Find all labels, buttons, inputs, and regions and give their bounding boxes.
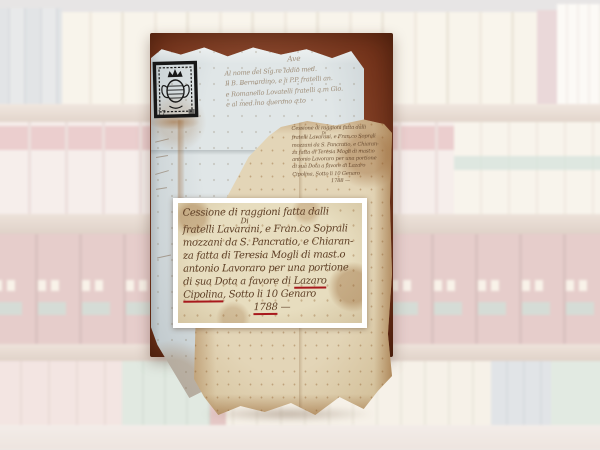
text-segment: antonio Lavoraro per una portione <box>183 262 349 274</box>
marginalia-mark <box>155 138 169 142</box>
text-segment: — <box>278 302 291 313</box>
text-segment: Ave <box>287 54 301 64</box>
text-segment: antonio Lavoraro per una portione <box>292 156 376 163</box>
stamp-corner-number: 17 <box>158 109 166 117</box>
marginalia-mark <box>156 155 168 158</box>
handwriting-line: antonio Lavoraro per una portione <box>183 261 360 276</box>
marginalia-mark <box>157 255 171 259</box>
text-segment: Cessione di raggioni fatta dalli <box>183 206 329 218</box>
text-segment: fratelli Lavarani, e Fran.co Soprali <box>183 223 348 235</box>
text-segment: e al med.mo querono q.to <box>226 96 306 108</box>
text-segment: 1788 <box>331 178 344 184</box>
scene: 17 AveAl nome del Sig.re Iddio med.Il B.… <box>0 0 600 450</box>
revenue-stamp-icon: 17 <box>152 60 198 118</box>
magnified-handwriting: Cessione di raggioni fatta dalliDifratel… <box>177 202 362 324</box>
marginalia-mark <box>156 187 167 190</box>
marginalia-mark <box>155 170 169 175</box>
text-segment: di sua Dota a favore di <box>292 163 348 170</box>
text-segment: , Sotto li 10 Genaro <box>313 170 360 177</box>
text-segment: fratelli Lavarani, e Fran.co Soprali <box>292 134 376 141</box>
text-segment: Cessione di raggioni fatta dalli <box>291 125 365 132</box>
red-underlined-text: 1788 <box>253 302 277 315</box>
text-segment: za fatta di Teresia Mogli di mast.o <box>183 249 345 261</box>
text-segment: , Sotto li 10 Genaro <box>223 289 316 301</box>
faded-handwriting-block: AveAl nome del Sig.re Iddio med.Il B. Be… <box>224 50 367 110</box>
text-segment: — <box>343 178 350 184</box>
text-segment: Cipolina <box>292 171 312 177</box>
cession-note-handwriting: Cessione di raggioni fatta dalliDifratel… <box>291 124 388 186</box>
text-segment: Lazaro <box>348 163 365 169</box>
text-segment: mozzani da S. Pancratio, e Chiaran- <box>183 236 353 248</box>
text-segment: za fatta di Teresia Mogli di mast.o <box>292 148 375 155</box>
magnifier-inset: Cessione di raggioni fatta dalliDifratel… <box>173 198 367 328</box>
text-segment: mozzani da S. Pancratio, e Chiaran- <box>292 141 379 149</box>
red-underlined-text: Cipolina <box>183 289 223 302</box>
text-segment: di sua Dota a favore di <box>183 276 294 288</box>
